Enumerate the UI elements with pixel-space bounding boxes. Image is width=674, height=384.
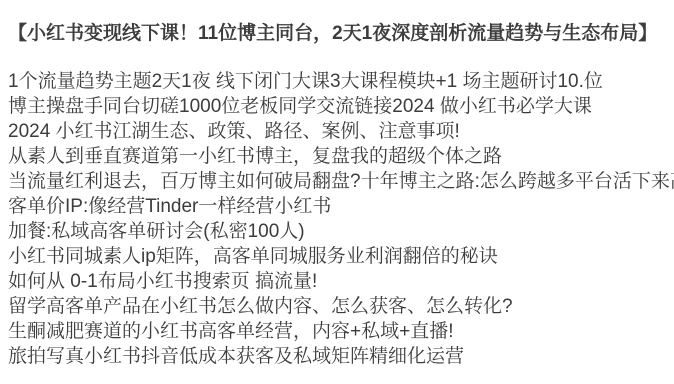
body-line: 博主操盘手同台切磋1000位老板同学交流链接2024 做小红书必学大课 <box>8 94 668 119</box>
body-line: 1个流量趋势主题2天1夜 线下闭门大课3大课程模块+1 场主题研讨10.位 <box>8 69 668 94</box>
page-title: 【小红书变现线下课！11位博主同台，2天1夜深度剖析流量趋势与生态布局】 <box>8 21 657 46</box>
body-line: 从素人到垂直赛道第一小红书博主，复盘我的超级个体之路 <box>8 144 668 169</box>
course-description-body: 1个流量趋势主题2天1夜 线下闭门大课3大课程模块+1 场主题研讨10.位 博主… <box>8 69 668 369</box>
body-line: 2024 小红书江湖生态、政策、路径、案例、注意事项! <box>8 119 668 144</box>
body-line: 如何从 0-1布局小红书搜索页 搞流量! <box>8 269 668 294</box>
body-line: 加餐:私域高客单研讨会(私密100人) <box>8 219 668 244</box>
body-line: 当流量红利退去，百万博主如何破局翻盘?十年博主之路:怎么跨越多平台活下来高 <box>8 169 668 194</box>
body-line: 小红书同城素人ip矩阵，高客单同城服务业利润翻倍的秘诀 <box>8 244 668 269</box>
body-line: 生酮减肥赛道的小红书高客单经营，内容+私域+直播! <box>8 319 668 344</box>
document-page: 【小红书变现线下课！11位博主同台，2天1夜深度剖析流量趋势与生态布局】 1个流… <box>0 0 674 384</box>
body-line: 留学高客单产品在小红书怎么做内容、怎么获客、怎么转化? <box>8 294 668 319</box>
body-line: 旅拍写真小红书抖音低成本获客及私域矩阵精细化运营 <box>8 344 668 369</box>
body-line: 客单价IP:像经营Tinder一样经营小红书 <box>8 194 668 219</box>
